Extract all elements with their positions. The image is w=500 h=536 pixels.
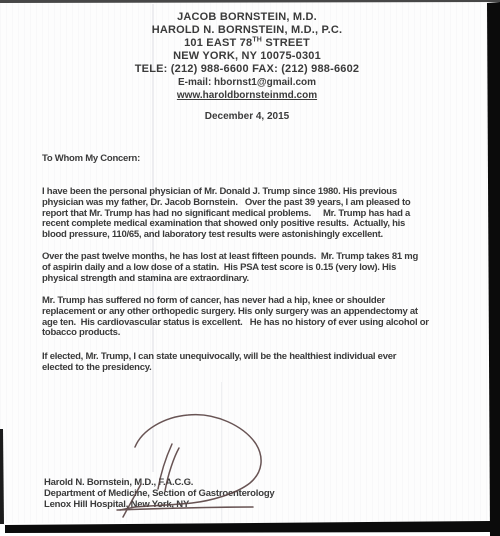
body-line: tobacco products. xyxy=(42,328,429,339)
signature-block: Harold N. Bornstein, M.D., F.A.C.G. Depa… xyxy=(44,477,275,510)
body-line: physical strength and stamina are extrao… xyxy=(42,274,418,285)
signer-title: Department of Medicine, Section of Gastr… xyxy=(44,488,275,499)
letterhead-street: 101 EAST 78TH STREET xyxy=(0,37,494,50)
paragraph-1: I have been the personal physician of Mr… xyxy=(42,187,410,241)
letterhead-phone-fax: TELE: (212) 988-6600 FAX: (212) 988-6602 xyxy=(0,63,494,76)
letterhead-website: www.haroldbornsteinmd.com xyxy=(0,89,494,102)
body-line: physician was my father, Dr. Jacob Borns… xyxy=(42,198,410,209)
signer-hospital: Lenox Hill Hospital, New York, NY xyxy=(44,499,275,510)
scanned-letter-page: JACOB BORNSTEIN, M.D. HAROLD N. BORNSTEI… xyxy=(0,0,500,536)
body-line: replacement or any other orthopedic surg… xyxy=(42,307,429,318)
paragraph-2: Over the past twelve months, he has lost… xyxy=(42,252,418,284)
body-line: of aspirin daily and a low dose of a sta… xyxy=(42,263,418,274)
paragraph-3: Mr. Trump has suffered no form of cancer… xyxy=(42,296,429,339)
ordinal-superscript: TH xyxy=(252,36,262,43)
paragraph-4: If elected, Mr. Trump, I can state unequ… xyxy=(42,352,396,374)
letterhead-doctor1: JACOB BORNSTEIN, M.D. xyxy=(0,11,494,24)
salutation: To Whom My Concern: xyxy=(42,154,140,165)
letterhead: JACOB BORNSTEIN, M.D. HAROLD N. BORNSTEI… xyxy=(0,11,494,102)
letter-date: December 4, 2015 xyxy=(0,110,494,123)
body-line: blood pressure, 110/65, and laboratory t… xyxy=(42,230,410,241)
letterhead-doctor2: HAROLD N. BORNSTEIN, M.D., P.C. xyxy=(0,24,494,37)
letterhead-city: NEW YORK, NY 10075-0301 xyxy=(0,50,494,63)
signer-name: Harold N. Bornstein, M.D., F.A.C.G. xyxy=(44,477,275,488)
body-line: elected to the presidency. xyxy=(42,363,396,374)
letterhead-email: E-mail: hbornst1@gmail.com xyxy=(0,76,494,89)
